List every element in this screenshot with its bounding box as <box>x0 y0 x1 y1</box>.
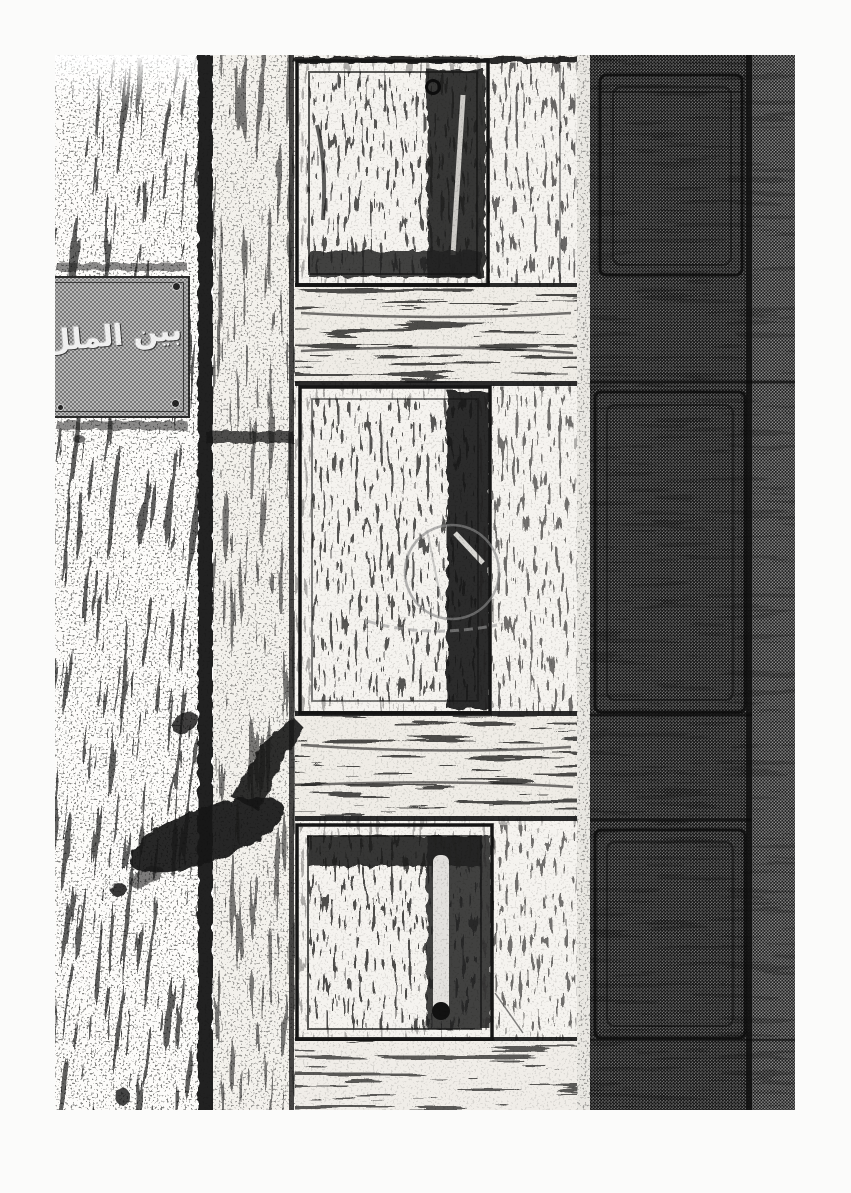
plaque-screw-icon <box>58 405 63 410</box>
door-photo-illustration <box>55 55 795 1110</box>
name-plaque: بين الملل <box>55 276 190 418</box>
scan-noise-overlay <box>55 55 795 1110</box>
plaque-screw-icon <box>172 400 179 407</box>
scanned-page: بين الملل <box>0 0 851 1193</box>
plaque-screw-icon <box>173 283 180 290</box>
door-photo: بين الملل <box>55 55 795 1110</box>
